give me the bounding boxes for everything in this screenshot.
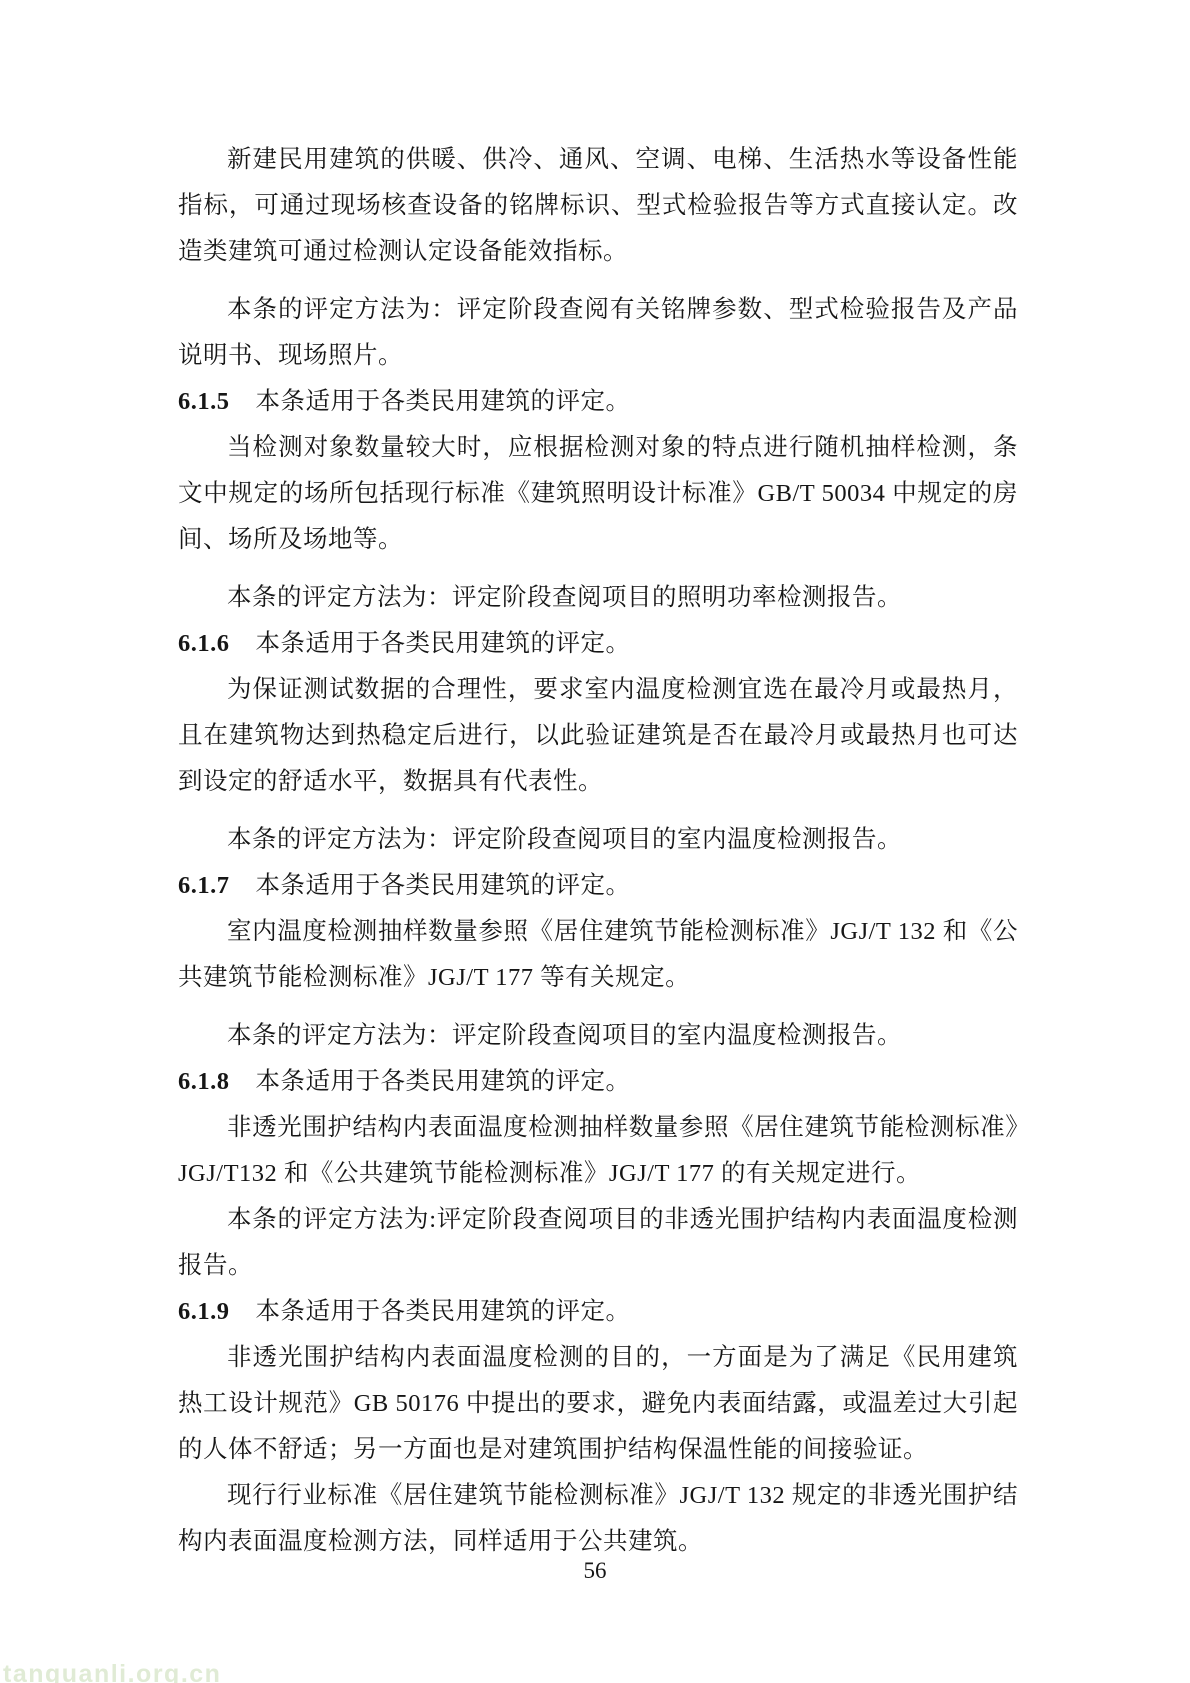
clause-heading-6-1-8: 6.1.8本条适用于各类民用建筑的评定。: [178, 1059, 1018, 1105]
paragraph-evaluation-method: 本条的评定方法为：评定阶段查阅项目的室内温度检测报告。: [178, 817, 1018, 863]
clause-text: 本条适用于各类民用建筑的评定。: [256, 1298, 631, 1325]
clause-number: 6.1.9: [178, 1298, 230, 1325]
paragraph: 现行行业标准《居住建筑节能检测标准》JGJ/T 132 规定的非透光围护结构内表…: [178, 1473, 1018, 1565]
paragraph-evaluation-method: 本条的评定方法为：评定阶段查阅项目的照明功率检测报告。: [178, 575, 1018, 621]
document-body: 新建民用建筑的供暖、供冷、通风、空调、电梯、生活热水等设备性能指标，可通过现场核…: [178, 137, 1018, 1565]
clause-number: 6.1.6: [178, 630, 230, 657]
clause-text: 本条适用于各类民用建筑的评定。: [256, 630, 631, 657]
clause-heading-6-1-7: 6.1.7本条适用于各类民用建筑的评定。: [178, 863, 1018, 909]
paragraph-evaluation-method: 本条的评定方法为：评定阶段查阅项目的室内温度检测报告。: [178, 1013, 1018, 1059]
paragraph-evaluation-method: 本条的评定方法为:评定阶段查阅项目的非透光围护结构内表面温度检测报告。: [178, 1197, 1018, 1289]
document-page: 新建民用建筑的供暖、供冷、通风、空调、电梯、生活热水等设备性能指标，可通过现场核…: [0, 0, 1190, 1683]
watermark: tanguanli.org.cn: [3, 1660, 221, 1683]
paragraph-evaluation-method: 本条的评定方法为：评定阶段查阅有关铭牌参数、型式检验报告及产品说明书、现场照片。: [178, 287, 1018, 379]
clause-text: 本条适用于各类民用建筑的评定。: [256, 1068, 631, 1095]
page-number: 56: [0, 1556, 1190, 1586]
clause-text: 本条适用于各类民用建筑的评定。: [256, 872, 631, 899]
clause-number: 6.1.7: [178, 872, 230, 899]
paragraph: 新建民用建筑的供暖、供冷、通风、空调、电梯、生活热水等设备性能指标，可通过现场核…: [178, 137, 1018, 275]
paragraph: 非透光围护结构内表面温度检测的目的，一方面是为了满足《民用建筑热工设计规范》GB…: [178, 1335, 1018, 1473]
paragraph: 非透光围护结构内表面温度检测抽样数量参照《居住建筑节能检测标准》JGJ/T132…: [178, 1105, 1018, 1197]
clause-heading-6-1-5: 6.1.5本条适用于各类民用建筑的评定。: [178, 379, 1018, 425]
clause-number: 6.1.8: [178, 1068, 230, 1095]
clause-heading-6-1-6: 6.1.6本条适用于各类民用建筑的评定。: [178, 621, 1018, 667]
clause-heading-6-1-9: 6.1.9本条适用于各类民用建筑的评定。: [178, 1289, 1018, 1335]
clause-text: 本条适用于各类民用建筑的评定。: [256, 388, 631, 415]
paragraph: 为保证测试数据的合理性，要求室内温度检测宜选在最冷月或最热月，且在建筑物达到热稳…: [178, 667, 1018, 805]
paragraph: 当检测对象数量较大时，应根据检测对象的特点进行随机抽样检测，条文中规定的场所包括…: [178, 425, 1018, 563]
paragraph: 室内温度检测抽样数量参照《居住建筑节能检测标准》JGJ/T 132 和《公共建筑…: [178, 909, 1018, 1001]
clause-number: 6.1.5: [178, 388, 230, 415]
